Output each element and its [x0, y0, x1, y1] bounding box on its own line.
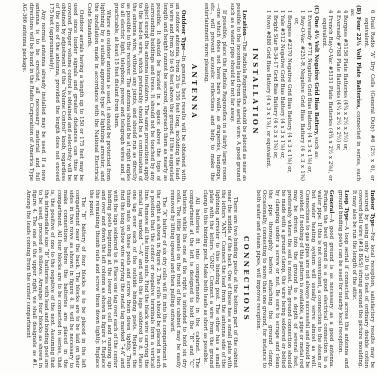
loop-type-paragraph: Loop Type—A loop aerial if connected acr…	[336, 190, 348, 368]
battery-compartments-paragraph: All batteries fit into compartments in t…	[169, 190, 199, 368]
b-battery-paragraph: The “B” battery of four blocks is to be …	[25, 190, 86, 368]
left-column: 6 Dual Radio “A” Dry Cells (General Duty…	[0, 3, 375, 181]
battery-item-dry-cells: 6 Dual Radio “A” Dry Cells (General Duty…	[363, 3, 375, 181]
antenna-heading: ANTENNA	[190, 3, 198, 181]
connections-heading: CONNECTIONS	[242, 190, 250, 368]
battery-item-burgess-plate: 4 Burgess #5156 Plate Batteries (4¾ x 2½…	[342, 3, 348, 181]
battery-item-c-label: (C) One 4½ Volt Negative Grid Bias Batte…	[313, 3, 319, 181]
a-battery-paragraph: The “A” battery of six dry cells will fi…	[88, 190, 167, 368]
battery-item-burgess-grid: 1 Burgess #2370 Negative Grid Bias Batte…	[286, 3, 292, 181]
installation-heading: INSTALLATION	[252, 3, 260, 181]
location-paragraph: Location—The Radiola Regenoflex should b…	[229, 3, 247, 181]
lightning-arrester-paragraph: Where an outdoor antenna is used, it sho…	[86, 3, 110, 181]
general-ground-paragraph: General—A good ground is as necessary as…	[255, 190, 334, 368]
battery-item-eveready-plate: 4 Eveready #768 Plate Batteries (4¼ x 2½…	[334, 3, 340, 181]
battery-item-brightstar-grid: 1 Bright Star B-34-17 Grid Bias Battery …	[272, 3, 278, 181]
if-possible-paragraph: If possible, place the Radiola Regenofle…	[203, 3, 227, 181]
battery-item-eveready-grid: 1 Eveready #771 Negative Grid Bias Batte…	[306, 3, 312, 181]
outdoor-type-paragraph: Outdoor Type—In general, best results wi…	[113, 3, 186, 181]
manual-page: 6 Dual Radio “A” Dry Cells (General Duty…	[0, 0, 377, 375]
outdoor-aerials-paragraph: Outdoor aerials having a length up to 15…	[48, 3, 85, 181]
battery-requirements-list: 6 Dual Radio “A” Dry Cells (General Duty…	[265, 3, 376, 181]
right-column: Indoor Type—For local reception, satisfa…	[0, 190, 375, 368]
binding-posts-paragraph: There are two binding posts at the botto…	[202, 190, 239, 368]
battery-item-rayovac-grid: 1 Ray-O-Vac #251-R Negative Grid Bias Ba…	[293, 3, 305, 181]
indoor-type-paragraph: Indoor Type—For local reception, satisfa…	[351, 190, 375, 368]
existing-antenna-paragraph: Any normal antenna already installed may…	[21, 3, 45, 181]
battery-item-b-label: (B) Four 22½ Volt Plate Batteries, conne…	[349, 3, 361, 181]
battery-item-novo-grid: 1 Novo #888 Grid Bias Battery (4 x 3 x 1…	[265, 3, 271, 181]
battery-item-rayovac-plate: 4 French Ray-O-Vac #5151 Plate Batteries…	[321, 3, 333, 181]
battery-item-yale-grid: 1 Yale #512 Negative Grid Bias Battery (…	[279, 3, 285, 181]
scanned-page: 6 Dual Radio “A” Dry Cells (General Duty…	[0, 0, 377, 375]
